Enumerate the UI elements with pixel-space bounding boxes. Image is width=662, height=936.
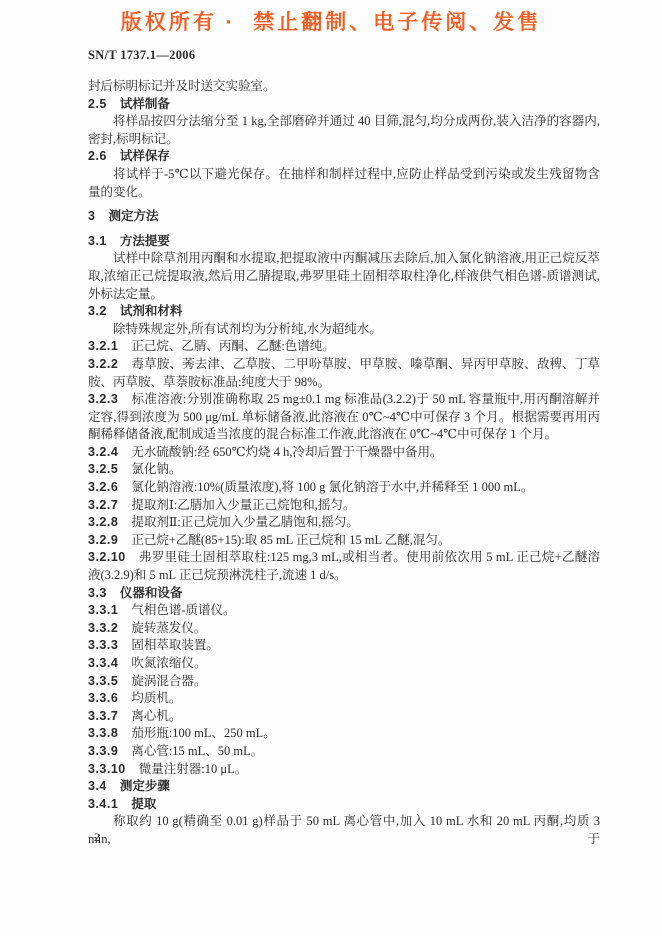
clause-item-3-3-7: 3.3.7离心机。 (88, 708, 600, 726)
clause-text: 固相萃取装置。 (131, 638, 219, 652)
clause-title: 仪器和设备 (120, 586, 183, 600)
clause-heading-3-4: 3.4测定步骤 (88, 778, 600, 796)
clause-heading-2-6: 2.6试样保存 (88, 148, 600, 166)
clause-text: 正己烷、乙腈、丙酮、乙醚:色谱纯。 (131, 339, 334, 353)
paragraph: 试样中除草剂用丙酮和水提取,把提取液中丙酮减压去除后,加入氯化钠溶液,用正己烷反… (88, 250, 600, 303)
paragraph: 除特殊规定外,所有试剂均为分析纯,水为超纯水。 (88, 321, 600, 339)
clause-item-3-3-4: 3.3.4吹氮浓缩仪。 (88, 655, 600, 673)
copyright-notice: 版权所有 · 禁止翻制、电子传阅、发售 (0, 6, 662, 36)
clause-item-3-3-2: 3.3.2旋转蒸发仪。 (88, 620, 600, 638)
clause-item-3-2-1: 3.2.1正己烷、乙腈、丙酮、乙醚:色谱纯。 (88, 338, 600, 356)
clause-item-3-3-10: 3.3.10微量注射器:10 μL。 (88, 761, 600, 779)
clause-number: 3.2.2 (88, 357, 118, 371)
clause-item-3-2-2: 3.2.2毒草胺、莠去津、乙草胺、二甲吩草胺、甲草胺、嗪草酮、异丙甲草胺、敌稗、… (88, 356, 600, 391)
clause-text: 微量注射器:10 μL。 (139, 762, 247, 776)
clause-number: 3.2.10 (88, 550, 126, 564)
standard-number: SN/T 1737.1—2006 (88, 48, 195, 63)
clause-number: 3.3.10 (88, 762, 126, 776)
clause-title: 方法提要 (120, 234, 170, 248)
clause-text: 均质机。 (131, 691, 181, 705)
clause-item-3-2-5: 3.2.5氯化钠。 (88, 461, 600, 479)
clause-text: 气相色谱-质谱仪。 (131, 603, 235, 617)
clause-text: 旋涡混合器。 (131, 674, 206, 688)
clause-number: 3.3.1 (88, 603, 118, 617)
clause-title: 试样制备 (120, 97, 170, 111)
clause-text: 正己烷+乙醚(85+15):取 85 mL 正己烷和 15 mL 乙醚,混匀。 (131, 533, 450, 547)
clause-number: 3.3.6 (88, 691, 118, 705)
clause-number: 3.2.4 (88, 445, 118, 459)
clause-number: 3.4.1 (88, 797, 118, 811)
clause-item-3-2-4: 3.2.4无水硫酸钠:经 650℃灼烧 4 h,冷却后置于干燥器中备用。 (88, 444, 600, 462)
clause-heading-3-4-1: 3.4.1提取 (88, 796, 600, 814)
clause-item-3-2-9: 3.2.9正己烷+乙醚(85+15):取 85 mL 正己烷和 15 mL 乙醚… (88, 532, 600, 550)
clause-text: 氯化钠。 (131, 462, 181, 476)
clause-number: 3.3.9 (88, 744, 118, 758)
clause-number: 3.2.7 (88, 498, 118, 512)
clause-number: 2.5 (88, 97, 107, 111)
clause-title: 试剂和材料 (120, 304, 183, 318)
paragraph: 称取约 10 g(精确至 0.01 g)样品于 50 mL 离心管中,加入 10… (88, 813, 600, 848)
paragraph: 将样品按四分法缩分至 1 kg,全部磨碎并通过 40 目筛,混匀,均分成两份,装… (88, 113, 600, 148)
clause-number: 3.2.6 (88, 480, 118, 494)
clause-item-3-3-1: 3.3.1气相色谱-质谱仪。 (88, 602, 600, 620)
clause-number: 3.2.3 (88, 392, 118, 406)
clause-number: 3.2.9 (88, 533, 118, 547)
clause-text: 离心机。 (131, 709, 181, 723)
clause-heading-3-3: 3.3仪器和设备 (88, 585, 600, 603)
clause-heading-3-2: 3.2试剂和材料 (88, 303, 600, 321)
clause-number: 2.6 (88, 149, 107, 163)
clause-number: 3.2.8 (88, 515, 118, 529)
clause-title: 提取 (131, 797, 156, 811)
clause-text: 标准溶液:分别准确称取 25 mg±0.1 mg 标准品(3.2.2)于 50 … (88, 392, 600, 441)
clause-item-3-2-7: 3.2.7提取剂Ⅰ:乙腈加入少量正己烷饱和,摇匀。 (88, 497, 600, 515)
clause-item-3-3-8: 3.3.8茄形瓶:100 mL、250 mL。 (88, 725, 600, 743)
document-body: 封后标明标记并及时送交实验室。 2.5试样制备 将样品按四分法缩分至 1 kg,… (88, 78, 600, 849)
clause-item-3-3-3: 3.3.3固相萃取装置。 (88, 637, 600, 655)
document-page: 版权所有 · 禁止翻制、电子传阅、发售 SN/T 1737.1—2006 封后标… (0, 0, 662, 936)
clause-heading-2-5: 2.5试样制备 (88, 96, 600, 114)
clause-text: 氯化钠溶液:10%(质量浓度),将 100 g 氯化钠溶于水中,并稀释至 1 0… (131, 480, 533, 494)
clause-number: 3.3.2 (88, 621, 118, 635)
page-number: 2 (94, 830, 100, 845)
clause-title: 测定方法 (108, 209, 158, 223)
clause-text: 离心管:15 mL、50 mL。 (131, 744, 263, 758)
clause-item-3-2-10: 3.2.10弗罗里硅土固相萃取柱:125 mg,3 mL,或相当者。使用前依次用… (88, 549, 600, 584)
clause-item-3-3-6: 3.3.6均质机。 (88, 690, 600, 708)
paragraph: 将试样于-5℃以下避光保存。在抽样和制样过程中,应防止样品受到污染或发生残留物含… (88, 166, 600, 201)
clause-heading-3-1: 3.1方法提要 (88, 233, 600, 251)
clause-number: 3.4 (88, 779, 107, 793)
clause-number: 3.1 (88, 234, 107, 248)
clause-number: 3.2.5 (88, 462, 118, 476)
clause-number: 3.2 (88, 304, 107, 318)
clause-text: 毒草胺、莠去津、乙草胺、二甲吩草胺、甲草胺、嗪草酮、异丙甲草胺、敌稗、丁草胺、丙… (88, 357, 600, 389)
clause-text: 吹氮浓缩仪。 (131, 656, 206, 670)
clause-number: 3.3.8 (88, 726, 118, 740)
clause-number: 3 (88, 209, 95, 223)
clause-item-3-2-6: 3.2.6氯化钠溶液:10%(质量浓度),将 100 g 氯化钠溶于水中,并稀释… (88, 479, 600, 497)
clause-item-3-3-9: 3.3.9离心管:15 mL、50 mL。 (88, 743, 600, 761)
clause-text: 无水硫酸钠:经 650℃灼烧 4 h,冷却后置于干燥器中备用。 (131, 445, 442, 459)
clause-item-3-3-5: 3.3.5旋涡混合器。 (88, 673, 600, 691)
clause-number: 3.3.4 (88, 656, 118, 670)
clause-number: 3.3.3 (88, 638, 118, 652)
clause-number: 3.3 (88, 586, 107, 600)
section-heading-3: 3测定方法 (88, 208, 600, 226)
clause-number: 3.3.5 (88, 674, 118, 688)
clause-item-3-2-8: 3.2.8提取剂Ⅱ:正己烷加入少量乙腈饱和,摇匀。 (88, 514, 600, 532)
clause-text: 提取剂Ⅱ:正己烷加入少量乙腈饱和,摇匀。 (131, 515, 359, 529)
clause-text: 旋转蒸发仪。 (131, 621, 206, 635)
clause-number: 3.3.7 (88, 709, 118, 723)
clause-title: 试样保存 (120, 149, 170, 163)
clause-text: 茄形瓶:100 mL、250 mL。 (131, 726, 275, 740)
paragraph-continuation: 封后标明标记并及时送交实验室。 (88, 78, 600, 96)
clause-item-3-2-3: 3.2.3标准溶液:分别准确称取 25 mg±0.1 mg 标准品(3.2.2)… (88, 391, 600, 444)
clause-number: 3.2.1 (88, 339, 118, 353)
clause-text: 弗罗里硅土固相萃取柱:125 mg,3 mL,或相当者。使用前依次用 5 mL … (88, 550, 600, 582)
clause-title: 测定步骤 (120, 779, 170, 793)
clause-text: 提取剂Ⅰ:乙腈加入少量正己烷饱和,摇匀。 (131, 498, 355, 512)
